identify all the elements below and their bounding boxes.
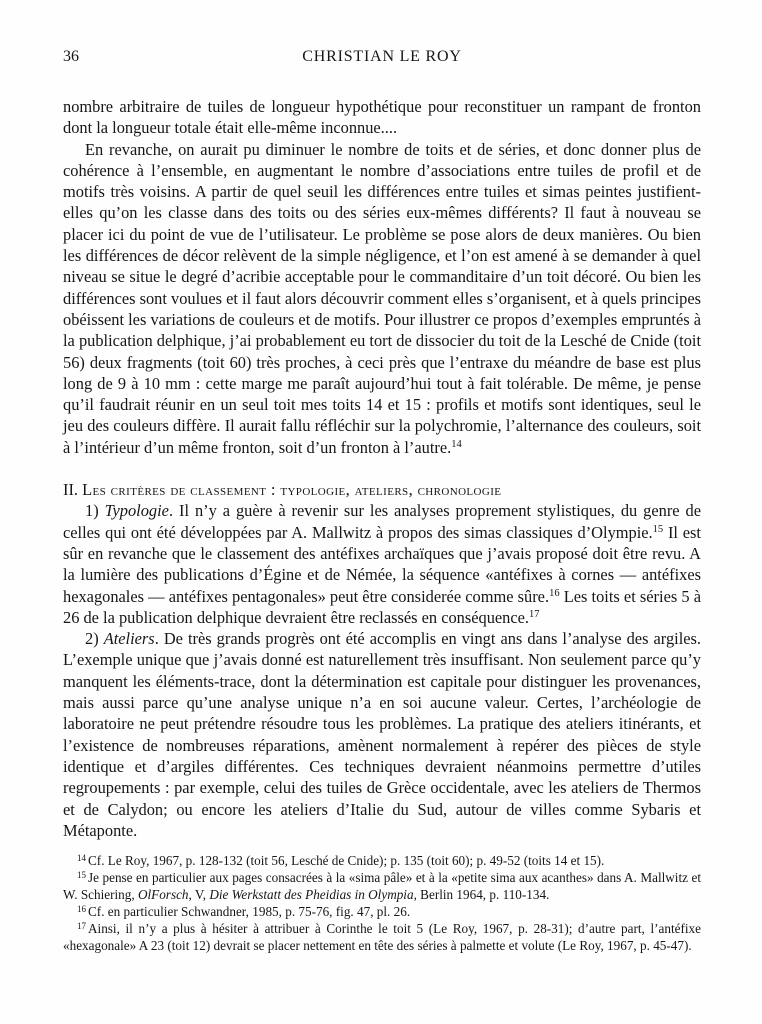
footnote-number: 14 [77, 853, 86, 863]
cited-work: OlForsch [138, 887, 189, 902]
scanned-book-page: 36 CHRISTIAN LE ROY nombre arbitraire de… [0, 0, 762, 1024]
footnote-15: 15Je pense en particulier aux pages cons… [63, 870, 701, 904]
footnote-number: 15 [77, 870, 86, 880]
footnote-text: Cf. Le Roy, 1967, p. 128-132 (toit 56, L… [88, 853, 604, 868]
paragraph-continued: nombre arbitraire de tuiles de longueur … [63, 96, 701, 139]
footnote-ref-17: 17 [529, 609, 540, 620]
footnote-text: Ainsi, il n’y a plus à hésiter à attribu… [63, 921, 701, 953]
section-heading: II. Les critères de classement : typolog… [63, 479, 701, 500]
running-header-title: CHRISTIAN LE ROY [63, 48, 701, 66]
paragraph-ateliers: 2) Ateliers. De très grands progrès ont … [63, 628, 701, 841]
footnote-16: 16Cf. en particulier Schwandner, 1985, p… [63, 904, 701, 921]
paragraph-text: . De très grands progrès ont été accompl… [63, 629, 701, 840]
footnote-number: 16 [77, 904, 86, 914]
footnote-number: 17 [77, 921, 86, 931]
term-typologie: Typologie [105, 501, 169, 520]
term-ateliers: Ateliers [104, 629, 155, 648]
footnote-ref-16: 16 [549, 588, 560, 599]
running-head: 36 CHRISTIAN LE ROY [63, 48, 701, 70]
paragraph-text: En revanche, on aurait pu diminuer le no… [63, 140, 701, 457]
footnote-text: Cf. en particulier Schwandner, 1985, p. … [88, 904, 410, 919]
section-numeral: II. [63, 480, 82, 499]
footnote-ref-14: 14 [451, 439, 462, 450]
footnote-text: , Berlin 1964, p. 110-134. [414, 887, 550, 902]
footnote-text: , V, [189, 887, 210, 902]
footnote-14: 14Cf. Le Roy, 1967, p. 128-132 (toit 56,… [63, 853, 701, 870]
section-title: Les critères de classement : typologie, … [82, 480, 501, 499]
paragraph-revanche: En revanche, on aurait pu diminuer le no… [63, 139, 701, 458]
footnote-ref-15: 15 [653, 524, 664, 535]
body-text: nombre arbitraire de tuiles de longueur … [63, 96, 701, 841]
footnotes-block: 14Cf. Le Roy, 1967, p. 128-132 (toit 56,… [63, 853, 701, 954]
footnote-17: 17Ainsi, il n’y a plus à hésiter à attri… [63, 921, 701, 955]
list-marker: 2) [85, 629, 104, 648]
list-marker: 1) [85, 501, 105, 520]
cited-work: Die Werkstatt des Pheidias in Olympia [209, 887, 413, 902]
paragraph-typologie: 1) Typologie. Il n’y a guère à revenir s… [63, 500, 701, 628]
